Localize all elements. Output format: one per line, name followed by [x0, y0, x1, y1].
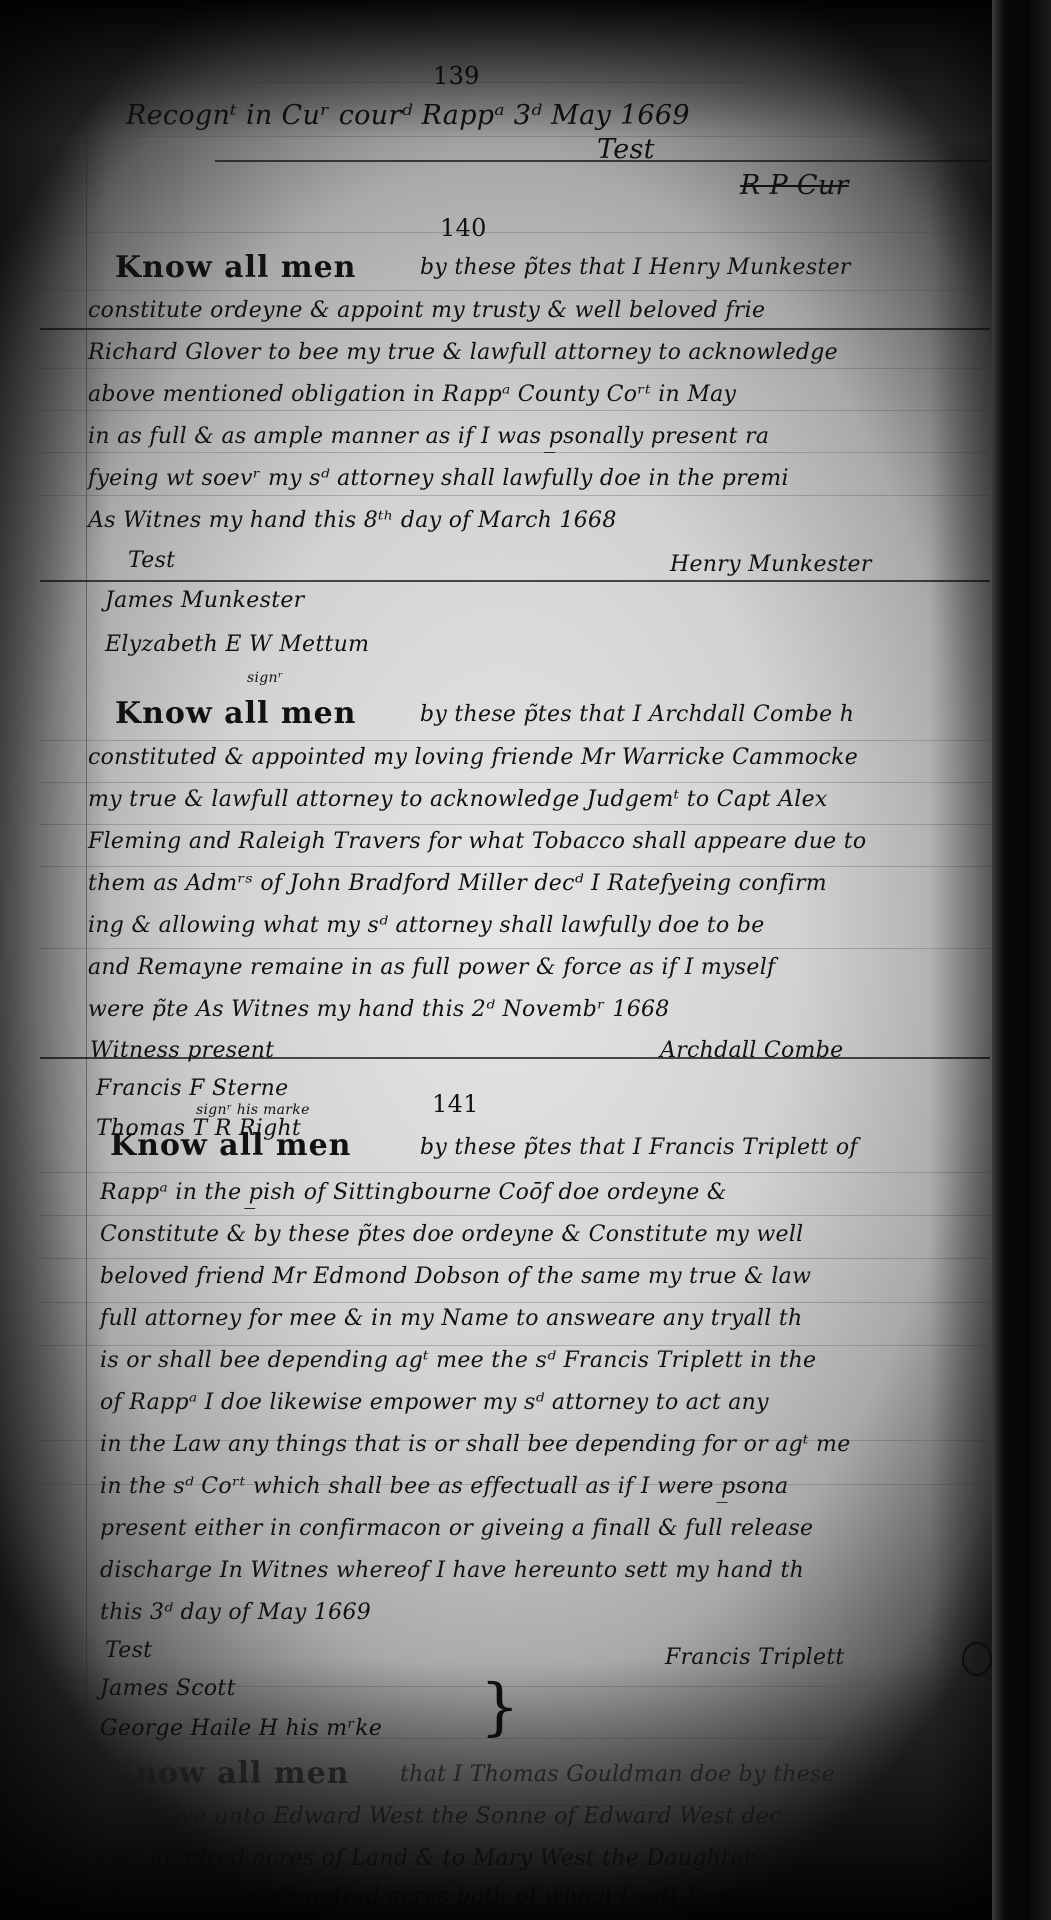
scan-shadow-top — [0, 0, 1051, 140]
document-line: in the sᵈ Coʳᵗ which shall bee as effect… — [100, 1474, 788, 1499]
document-scan: 139 Recognᵗ in Cuʳ courᵈ Rappᵃ 3ᵈ May 16… — [0, 0, 1051, 1920]
witness-note: signʳ — [247, 670, 283, 686]
document-line: this 3ᵈ day of May 1669 — [100, 1600, 371, 1625]
scan-shadow-right — [930, 0, 992, 1920]
ruled-line — [40, 824, 990, 825]
binding-edge — [992, 0, 1051, 1920]
entry-lead: Know all men — [115, 696, 356, 731]
document-line: by these p̃tes that I Archdall Combe h — [420, 702, 854, 727]
ruled-line — [40, 495, 990, 496]
document-line: were p̃te As Witnes my hand this 2ᵈ Nove… — [88, 997, 670, 1022]
ruled-line — [40, 782, 990, 783]
document-line: full attorney for mee & in my Name to an… — [100, 1306, 802, 1331]
witness-name: Elyzabeth E W Mettum — [105, 632, 369, 657]
test-label: Test — [128, 548, 175, 573]
entry-number-141: 141 — [432, 1090, 479, 1118]
ruled-line — [40, 368, 990, 369]
document-line: Rappᵃ in the p̲ish of Sittingbourne Coō… — [100, 1180, 727, 1205]
document-line: Richard Glover to bee my true & lawfull … — [88, 340, 838, 365]
document-line: by these p̃tes that I Francis Triplett o… — [420, 1135, 858, 1160]
ruled-line — [40, 452, 990, 453]
document-line: in as full & as ample manner as if I was… — [88, 424, 769, 449]
ruled-line — [40, 290, 990, 291]
scan-shadow-bottom — [0, 1660, 1051, 1920]
document-line: of Rappᵃ I doe likewise empower my sᵈ at… — [100, 1390, 769, 1415]
ruled-line — [40, 232, 990, 233]
ruled-line — [40, 740, 990, 741]
ruled-line — [40, 1215, 990, 1216]
document-line: above mentioned obligation in Rappᵃ Coun… — [88, 382, 736, 407]
ruled-line — [40, 866, 990, 867]
ruled-line — [40, 1258, 990, 1259]
ruled-line — [40, 1302, 990, 1303]
document-line: in the Law any things that is or shall b… — [100, 1432, 851, 1457]
document-line: discharge In Witnes whereof I have hereu… — [100, 1558, 804, 1583]
document-line: Fleming and Raleigh Travers for what Tob… — [88, 829, 866, 854]
document-line: beloved friend Mr Edmond Dobson of the s… — [100, 1264, 811, 1289]
document-line: Constitute & by these p̃tes doe ordeyne … — [100, 1222, 804, 1247]
document-line: constituted & appointed my loving friend… — [88, 745, 858, 770]
signature: Archdall Combe — [660, 1038, 843, 1063]
ruled-line — [40, 580, 990, 582]
entry-lead: Know all men — [110, 1128, 351, 1163]
document-line: is or shall bee depending agᵗ mee the sᵈ… — [100, 1348, 816, 1373]
entry-lead: Know all men — [115, 250, 356, 285]
witness-name: Francis F Sterne — [96, 1076, 288, 1101]
document-line: fyeing wt soevʳ my sᵈ attorney shall law… — [88, 466, 789, 491]
document-line: them as Admʳˢ of John Bradford Miller de… — [88, 871, 827, 896]
witness-header: Witness present — [90, 1038, 274, 1063]
document-line: constitute ordeyne & appoint my trusty &… — [88, 298, 765, 323]
ruled-line — [40, 1172, 990, 1173]
struck-signature: R P Cur — [740, 170, 849, 201]
document-line: ing & allowing what my sᵈ attorney shall… — [88, 913, 765, 938]
ruled-line — [40, 1345, 990, 1346]
document-line: present either in confirmacon or giveing… — [100, 1516, 813, 1541]
signature: Henry Munkester — [670, 552, 872, 577]
document-line: As Witnes my hand this 8ᵗʰ day of March … — [88, 508, 617, 533]
document-line: my true & lawfull attorney to acknowledg… — [88, 787, 828, 812]
document-line: and Remayne remaine in as full power & f… — [88, 955, 775, 980]
witness-name: James Munkester — [105, 588, 304, 613]
ruled-line — [40, 410, 990, 411]
ruled-line — [40, 948, 990, 949]
document-line: by these p̃tes that I Henry Munkester — [420, 255, 851, 280]
entry-number-140: 140 — [440, 214, 487, 242]
scan-shadow-left — [0, 0, 110, 1920]
ruled-line — [40, 328, 990, 330]
